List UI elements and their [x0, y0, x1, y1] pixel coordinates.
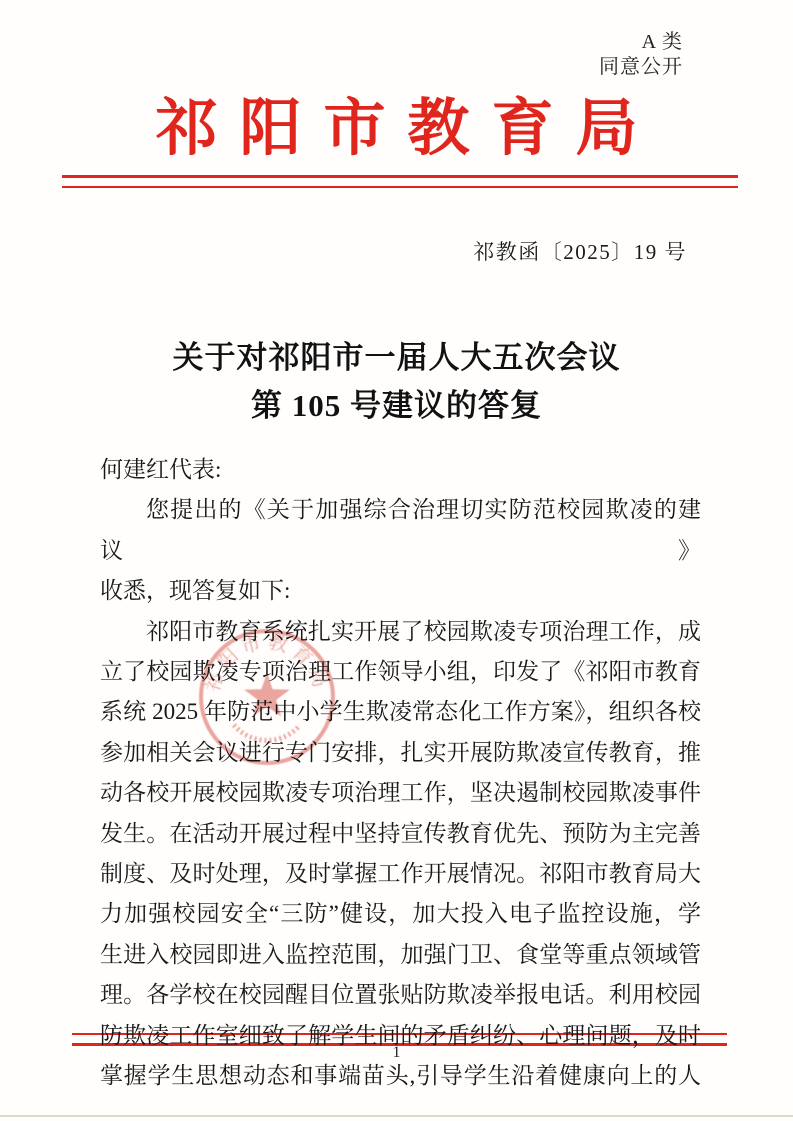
body-line: 您提出的《关于加强综合治理切实防范校园欺凌的建议》	[100, 490, 701, 571]
body-line: 立了校园欺凌专项治理工作领导小组，印发了《祁阳市教育	[100, 652, 701, 692]
body-line: 收悉，现答复如下:	[100, 571, 701, 611]
header-divider	[62, 175, 738, 188]
body-line: 防欺凌工作室细致了解学生间的矛盾纠纷、心理问题，及时	[100, 1016, 701, 1056]
body-line: 生进入校园即进入监控范围，加强门卫、食堂等重点领域管	[100, 935, 701, 975]
document-page: A 类 同意公开 祁阳市教育局 祁教函〔2025〕19 号 关于对祁阳市一届人大…	[0, 0, 793, 1121]
body-line: 理。各学校在校园醒目位置张贴防欺凌举报电话。利用校园	[100, 975, 701, 1015]
body-line: 掌握学生思想动态和事端苗头,引导学生沿着健康向上的人	[100, 1056, 701, 1096]
document-title-line-1: 关于对祁阳市一届人大五次会议	[0, 334, 793, 382]
classification-block: A 类 同意公开	[599, 30, 683, 80]
agency-title: 祁阳市教育局	[0, 94, 793, 165]
document-body: 何建红代表:您提出的《关于加强综合治理切实防范校园欺凌的建议》收悉，现答复如下:…	[100, 450, 701, 1097]
body-line: 祁阳市教育系统扎实开展了校园欺凌专项治理工作，成	[100, 612, 701, 652]
body-line: 发生。在活动开展过程中坚持宣传教育优先、预防为主完善	[100, 814, 701, 854]
body-line: 制度、及时处理，及时掌握工作开展情况。祁阳市教育局大	[100, 854, 701, 894]
body-line: 参加相关会议进行专门安排，扎实开展防欺凌宣传教育，推	[100, 733, 701, 773]
publicity-label: 同意公开	[599, 55, 683, 80]
body-line: 动各校开展校园欺凌专项治理工作，坚决遏制校园欺凌事件	[100, 773, 701, 813]
document-title: 关于对祁阳市一届人大五次会议 第 105 号建议的答复	[0, 334, 793, 430]
document-number: 祁教函〔2025〕19 号	[473, 236, 687, 266]
document-title-line-2: 第 105 号建议的答复	[0, 382, 793, 430]
classification-label: A 类	[599, 30, 683, 55]
body-line: 何建红代表:	[100, 450, 701, 490]
body-line: 力加强校园安全“三防”健设，加大投入电子监控设施，学	[100, 894, 701, 934]
body-line: 系统 2025 年防范中小学生欺凌常态化工作方案》，组织各校	[100, 692, 701, 732]
